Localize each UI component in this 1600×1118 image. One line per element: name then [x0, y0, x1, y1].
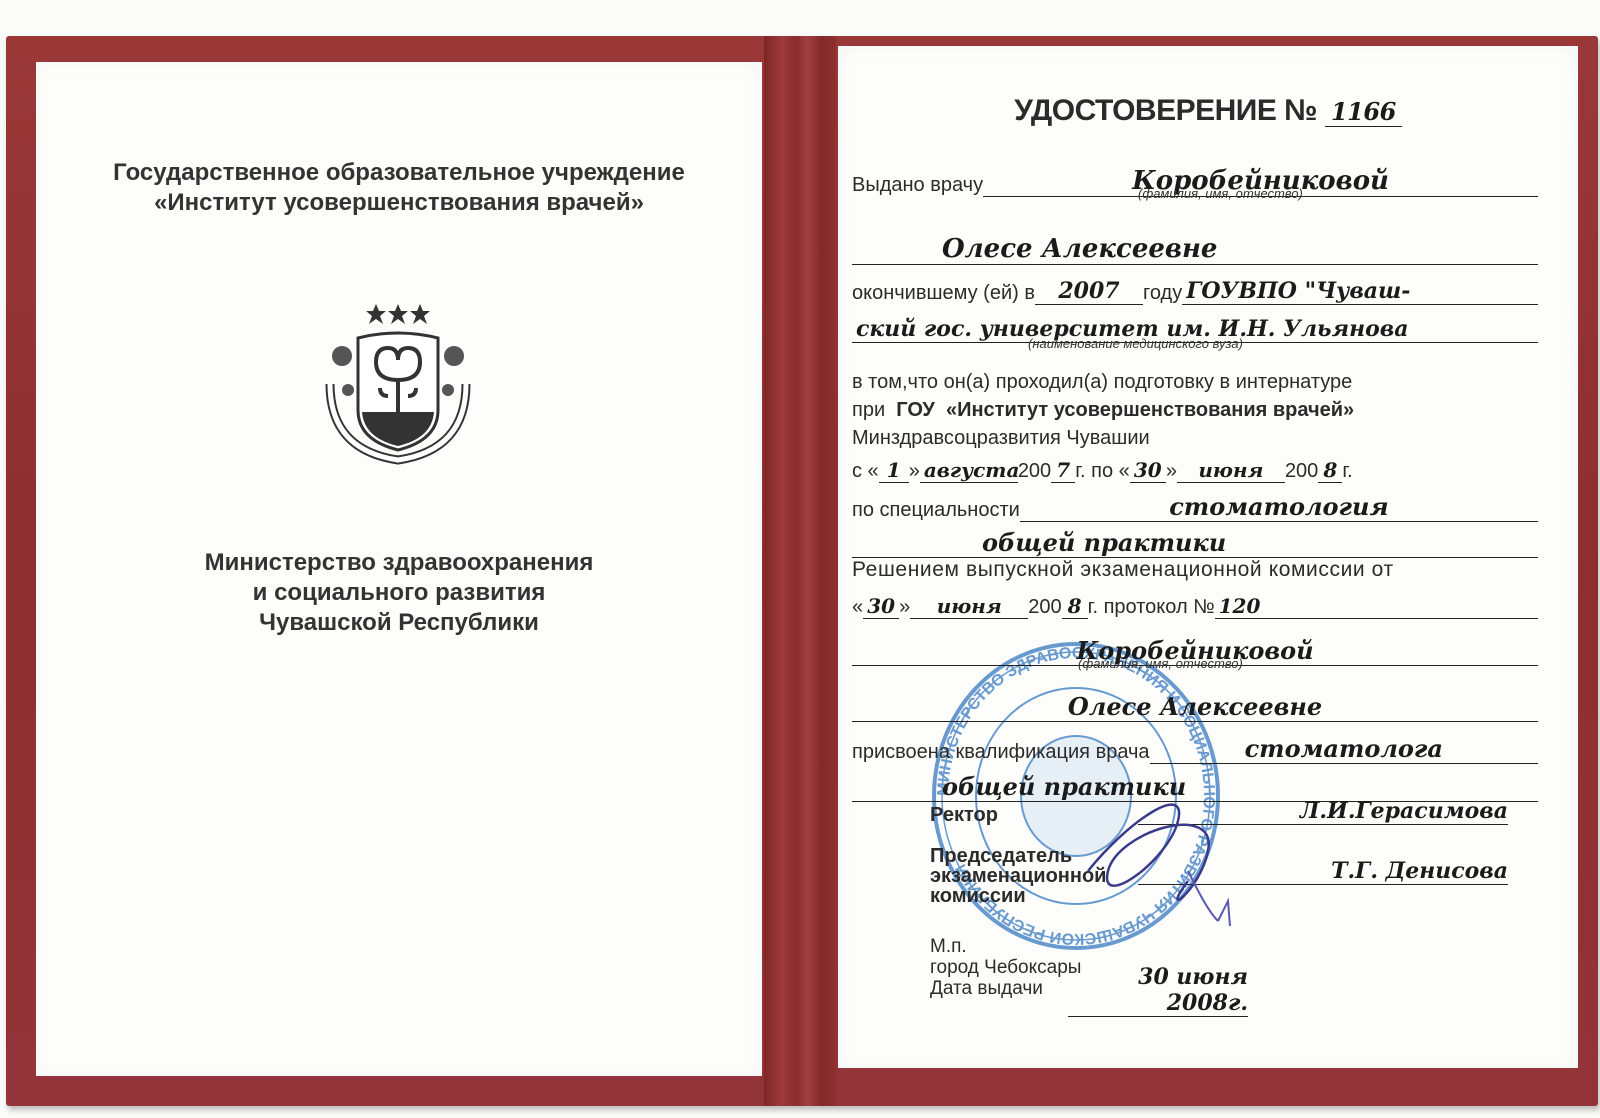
footer-block: М.п. город Чебоксары Дата выдачи	[930, 936, 1081, 999]
period-to-month: июня	[1177, 458, 1285, 483]
year-label: году	[1143, 282, 1182, 305]
name-row: Олесе Алексеевне	[852, 234, 1538, 265]
specialty-line-1: стоматология	[1020, 492, 1538, 522]
issue-date: 30 июня 2008г.	[1068, 964, 1248, 1017]
period-to-year: 8	[1318, 458, 1342, 483]
certificate-number: 1166	[1325, 97, 1402, 127]
fio-caption-2: (фамилия, имя, отчество)	[1078, 656, 1243, 671]
specialty-row: по специальности стоматология	[852, 492, 1538, 522]
right-page: МИНИСТЕРСТВО ЗДРАВООХРАНЕНИЯ И СОЦИАЛЬНО…	[838, 46, 1578, 1068]
period-to-day: 30	[1130, 458, 1166, 483]
university-part1: ГОУВПО "Чуваш-	[1182, 278, 1538, 305]
internship-line-2: при ГОУ «Институт усовершенствования вра…	[852, 396, 1354, 424]
decision-row: « 30 » июня 200 8 г. протокол № 120	[852, 594, 1538, 619]
decision-day: 30	[863, 594, 899, 619]
graduated-row: окончившему (ей) в 2007 году ГОУВПО "Чув…	[852, 278, 1538, 305]
chuvash-coat-of-arms-icon	[318, 300, 478, 470]
protocol-number: 120	[1215, 594, 1538, 619]
rector-label: Ректор	[930, 804, 998, 827]
certificate-title: УДОСТОВЕРЕНИЕ № 1166	[838, 94, 1578, 128]
internship-line-1: в том,что он(а) проходил(а) подготовку в…	[852, 368, 1354, 396]
specialty-line-2: общей практики	[852, 528, 1538, 558]
institution-name: «Институт усовершенствования врачей»	[36, 188, 762, 218]
ministry-line-1: Министерство здравоохранения	[36, 548, 762, 578]
decision-month: июня	[910, 594, 1028, 619]
signature-icon	[1068, 761, 1278, 961]
name-patronymic-value: Олесе Алексеевне	[852, 234, 1538, 265]
city-label: город Чебоксары	[930, 957, 1081, 978]
qualification-row: присвоена квалификация врача стоматолога	[852, 734, 1538, 764]
ministry-heading: Министерство здравоохранения и социально…	[36, 548, 762, 638]
decision-line: Решением выпускной экзаменационной комис…	[852, 558, 1394, 582]
name-row-2: Олесе Алексеевне	[852, 692, 1538, 722]
period-from-year: 7	[1051, 458, 1075, 483]
specialty-label: по специальности	[852, 499, 1020, 522]
period-from-day: 1	[879, 458, 909, 483]
decision-year: 8	[1062, 594, 1088, 619]
qualification-line-1: стоматолога	[1150, 734, 1538, 764]
ministry-short: Минздравсоцразвития Чувашии	[852, 424, 1354, 452]
ministry-line-2: и социального развития	[36, 578, 762, 608]
internship-block: в том,что он(а) проходил(а) подготовку в…	[852, 368, 1354, 452]
graduated-label: окончившему (ей) в	[852, 282, 1035, 305]
period-from-month: августа	[920, 458, 1018, 483]
cover-spine	[764, 36, 836, 1106]
graduation-year: 2007	[1035, 278, 1143, 305]
university-caption: (наименование медицинского вуза)	[1028, 336, 1243, 351]
ministry-line-3: Чувашской Республики	[36, 608, 762, 638]
name-patronymic-value-2: Олесе Алексеевне	[852, 692, 1538, 722]
mp-label: М.п.	[930, 936, 1081, 957]
institution-heading: Государственное образовательное учрежден…	[36, 158, 762, 218]
institution-type: Государственное образовательное учрежден…	[36, 158, 762, 188]
period-row: с « 1 » августа 200 7 г. по « 30 » июня …	[852, 458, 1538, 483]
fio-caption: (фамилия, имя, отчество)	[1138, 186, 1303, 201]
left-page: Государственное образовательное учрежден…	[36, 62, 762, 1076]
issued-to-label: Выдано врачу	[852, 174, 983, 197]
issue-date-label: Дата выдачи	[930, 978, 1081, 999]
specialty-row-2: общей практики	[852, 528, 1538, 558]
